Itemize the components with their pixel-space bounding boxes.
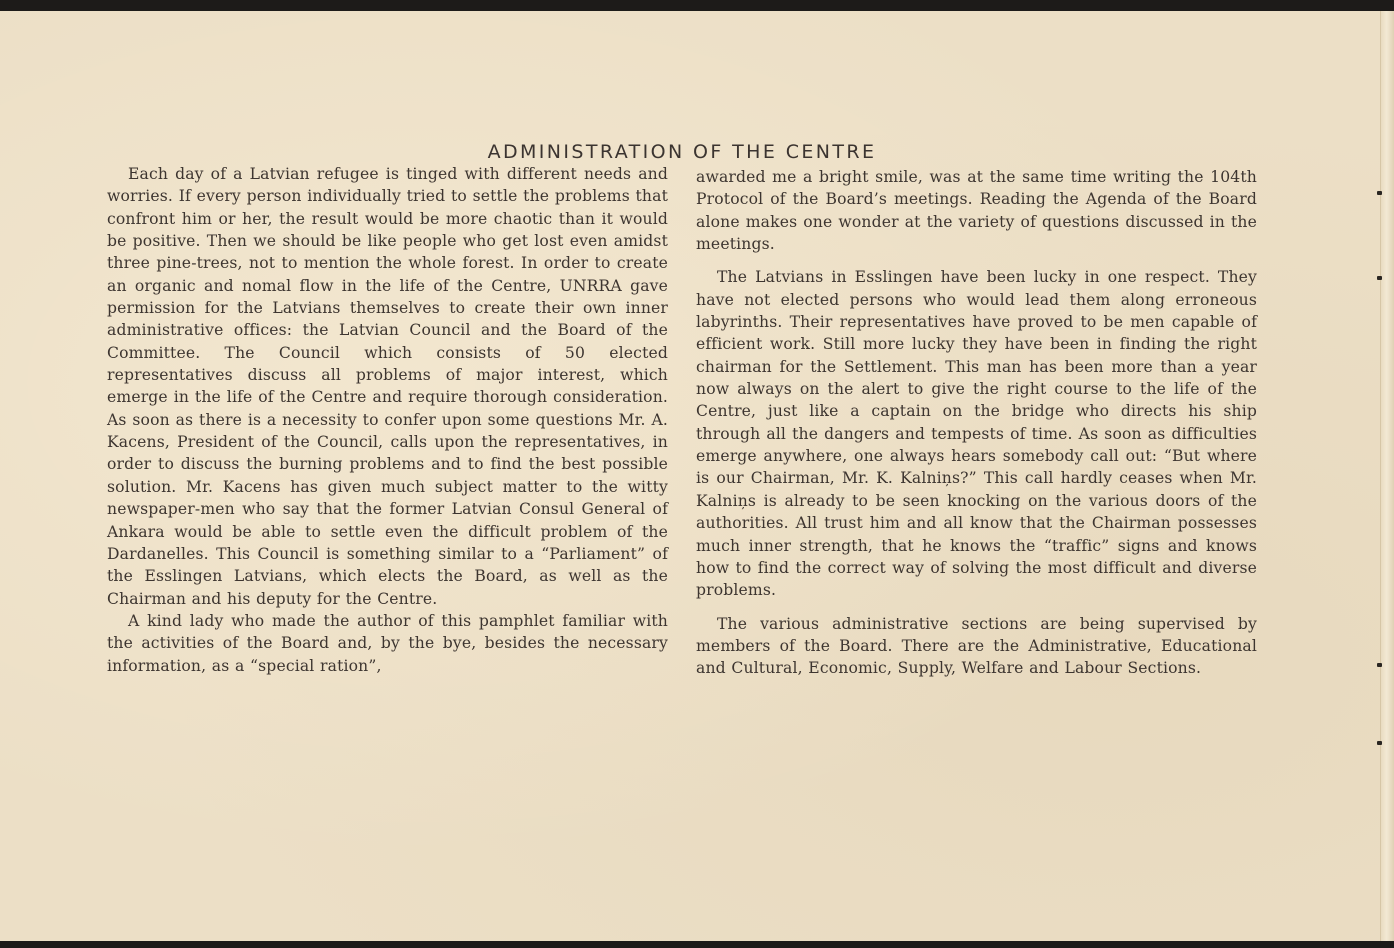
right-column: awarded me a bright smile, was at the sa… — [696, 166, 1257, 680]
staple-mark — [1377, 663, 1382, 667]
paragraph: A kind lady who made the author of this … — [107, 610, 668, 677]
document-page: ADMINISTRATION OF THE CENTRE Each day of… — [0, 11, 1394, 941]
paragraph: The Latvians in Esslingen have been luck… — [696, 266, 1257, 601]
paragraph-continued: awarded me a bright smile, was at the sa… — [696, 166, 1257, 255]
binding-spine — [1380, 11, 1394, 941]
paragraph: The various administrative sections are … — [696, 613, 1257, 680]
left-column: Each day of a Latvian refugee is tinged … — [107, 163, 668, 677]
paragraph: Each day of a Latvian refugee is tinged … — [107, 163, 668, 610]
staple-mark — [1377, 191, 1382, 195]
page-title: ADMINISTRATION OF THE CENTRE — [0, 141, 1364, 163]
staple-mark — [1377, 741, 1382, 745]
staple-mark — [1377, 276, 1382, 280]
